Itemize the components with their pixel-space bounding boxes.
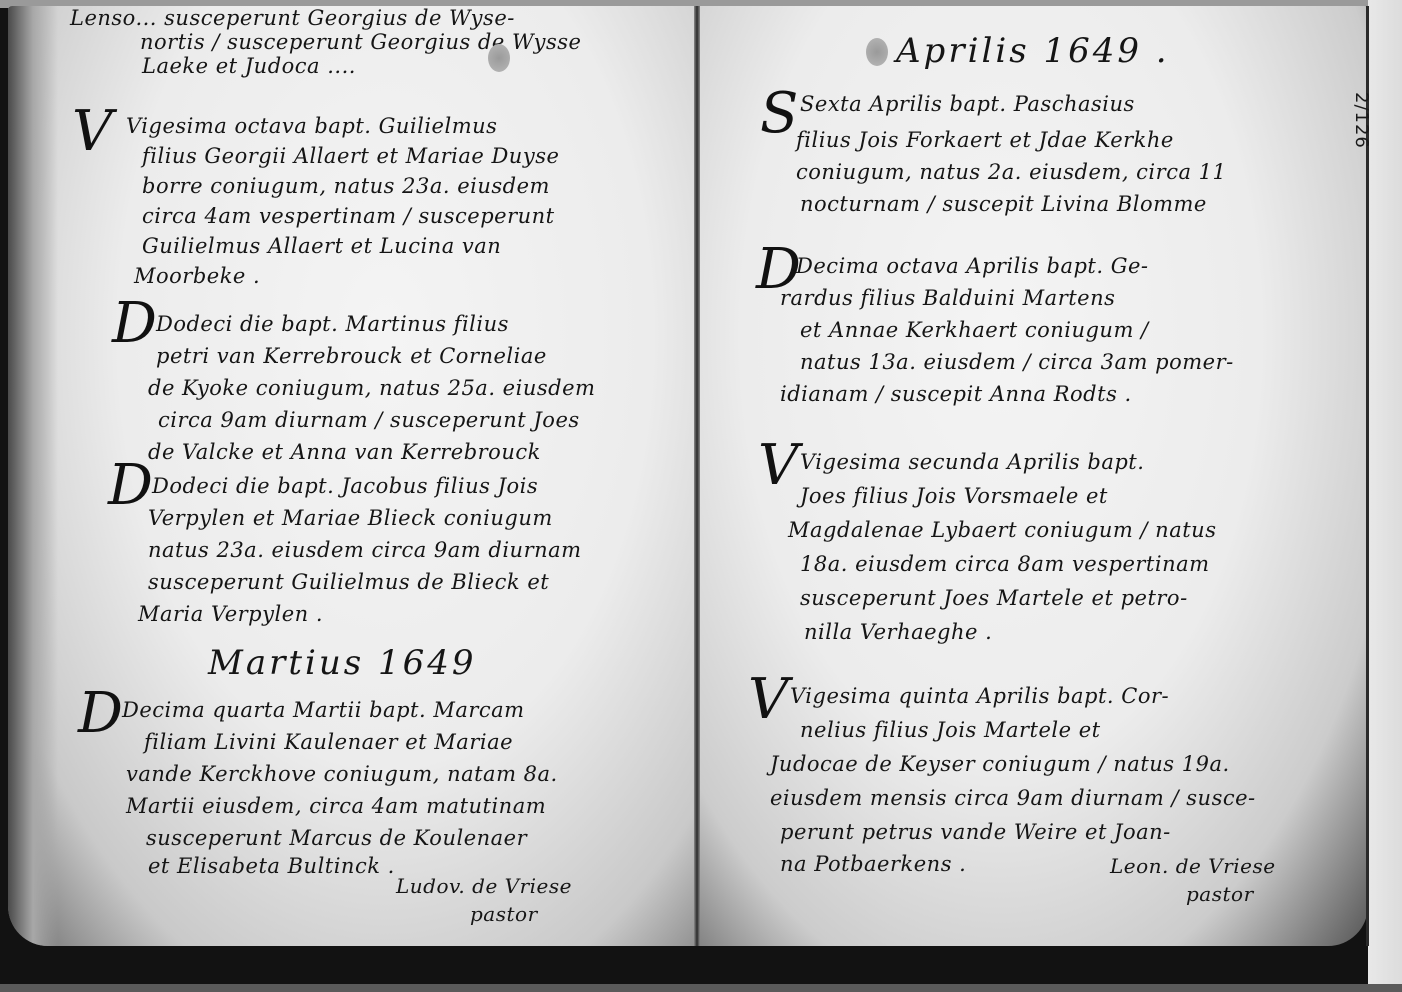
- entry-line: Decima quarta Martii bapt. Marcam: [122, 700, 525, 721]
- entry-line: petri van Kerrebrouck et Corneliae: [156, 346, 547, 367]
- continuation-line: nortis / susceperunt Georgius de Wysse: [140, 32, 581, 53]
- entry-line: perunt petrus vande Weire et Joan-: [780, 822, 1171, 843]
- entry-line: na Potbaerkens .: [780, 854, 966, 875]
- entry-line: susceperunt Guilielmus de Blieck et: [148, 572, 549, 593]
- entry-line: Vigesima octava bapt. Guilielmus: [126, 116, 497, 137]
- left-page: Lenso... susceperunt Georgius de Wyse- n…: [8, 6, 694, 946]
- entry-line: eiusdem mensis circa 9am diurnam / susce…: [770, 788, 1256, 809]
- pastor-signature: Leon. de Vriese: [1110, 856, 1276, 876]
- entry-line: et Elisabeta Bultinck .: [148, 856, 395, 877]
- pastor-signature: Ludov. de Vriese: [396, 876, 572, 896]
- pastor-title: pastor: [1186, 884, 1254, 904]
- decorative-initial: V: [72, 104, 112, 160]
- decorative-initial: D: [112, 296, 157, 352]
- entry-line: coniugum, natus 2a. eiusdem, circa 11: [796, 162, 1226, 183]
- scan-right-margin: [1368, 0, 1402, 992]
- punch-hole: [866, 38, 888, 66]
- entry-line: Judocae de Keyser coniugum / natus 19a.: [770, 754, 1230, 775]
- punch-hole: [488, 44, 510, 72]
- entry-line: Verpylen et Mariae Blieck coniugum: [148, 508, 553, 529]
- entry-line: idianam / suscepit Anna Rodts .: [780, 384, 1132, 405]
- entry-line: 18a. eiusdem circa 8am vespertinam: [800, 554, 1210, 575]
- entry-line: borre coniugum, natus 23a. eiusdem: [142, 176, 550, 197]
- entry-line: natus 23a. eiusdem circa 9am diurnam: [148, 540, 582, 561]
- continuation-line: Laeke et Judoca ....: [142, 56, 356, 77]
- entry-line: Decima octava Aprilis bapt. Ge-: [796, 256, 1149, 277]
- entry-line: Dodeci die bapt. Jacobus filius Jois: [152, 476, 538, 497]
- entry-line: nelius filius Jois Martele et: [800, 720, 1101, 741]
- entry-line: de Kyoke coniugum, natus 25a. eiusdem: [148, 378, 595, 399]
- entry-line: natus 13a. eiusdem / circa 3am pomer-: [800, 352, 1234, 373]
- entry-line: de Valcke et Anna van Kerrebrouck: [148, 442, 541, 463]
- pastor-title: pastor: [470, 904, 538, 924]
- month-heading-april: Aprilis 1649 .: [896, 34, 1170, 68]
- entry-line: filius Georgii Allaert et Mariae Duyse: [142, 146, 559, 167]
- entry-line: Sexta Aprilis bapt. Paschasius: [800, 94, 1135, 115]
- entry-line: Vigesima secunda Aprilis bapt.: [800, 452, 1144, 473]
- entry-line: Dodeci die bapt. Martinus filius: [156, 314, 509, 335]
- entry-line: rardus filius Balduini Martens: [780, 288, 1115, 309]
- entry-line: susceperunt Joes Martele et petro-: [800, 588, 1188, 609]
- entry-line: Maria Verpylen .: [138, 604, 323, 625]
- entry-line: Martii eiusdem, circa 4am matutinam: [126, 796, 546, 817]
- decorative-initial: V: [748, 672, 788, 728]
- decorative-initial: V: [758, 438, 798, 494]
- binding-shadow: [8, 6, 58, 946]
- entry-line: Moorbeke .: [134, 266, 260, 287]
- entry-line: circa 9am diurnam / susceperunt Joes: [158, 410, 580, 431]
- entry-line: circa 4am vespertinam / susceperunt: [142, 206, 555, 227]
- entry-line: Vigesima quinta Aprilis bapt. Cor-: [790, 686, 1169, 707]
- entry-line: Guilielmus Allaert et Lucina van: [142, 236, 501, 257]
- entry-line: susceperunt Marcus de Koulenaer: [146, 828, 527, 849]
- decorative-initial: D: [78, 686, 123, 742]
- entry-line: nilla Verhaeghe .: [804, 622, 992, 643]
- continuation-line: Lenso... susceperunt Georgius de Wyse-: [70, 8, 515, 29]
- entry-line: vande Kerckhove coniugum, natam 8a.: [126, 764, 558, 785]
- entry-line: Magdalenae Lybaert coniugum / natus: [788, 520, 1216, 541]
- month-heading-march: Martius 1649: [208, 646, 477, 680]
- entry-line: filius Jois Forkaert et Jdae Kerkhe: [796, 130, 1174, 151]
- folio-number: 2/126: [1351, 92, 1372, 149]
- entry-line: Joes filius Jois Vorsmaele et: [800, 486, 1108, 507]
- right-page: Aprilis 1649 . S Sexta Aprilis bapt. Pas…: [700, 6, 1368, 946]
- decorative-initial: S: [760, 86, 798, 142]
- entry-line: filiam Livini Kaulenaer et Mariae: [144, 732, 513, 753]
- entry-line: et Annae Kerkhaert coniugum /: [800, 320, 1149, 341]
- entry-line: nocturnam / suscepit Livina Blomme: [800, 194, 1207, 215]
- scan-bottom-edge: [0, 984, 1402, 992]
- decorative-initial: D: [108, 458, 153, 514]
